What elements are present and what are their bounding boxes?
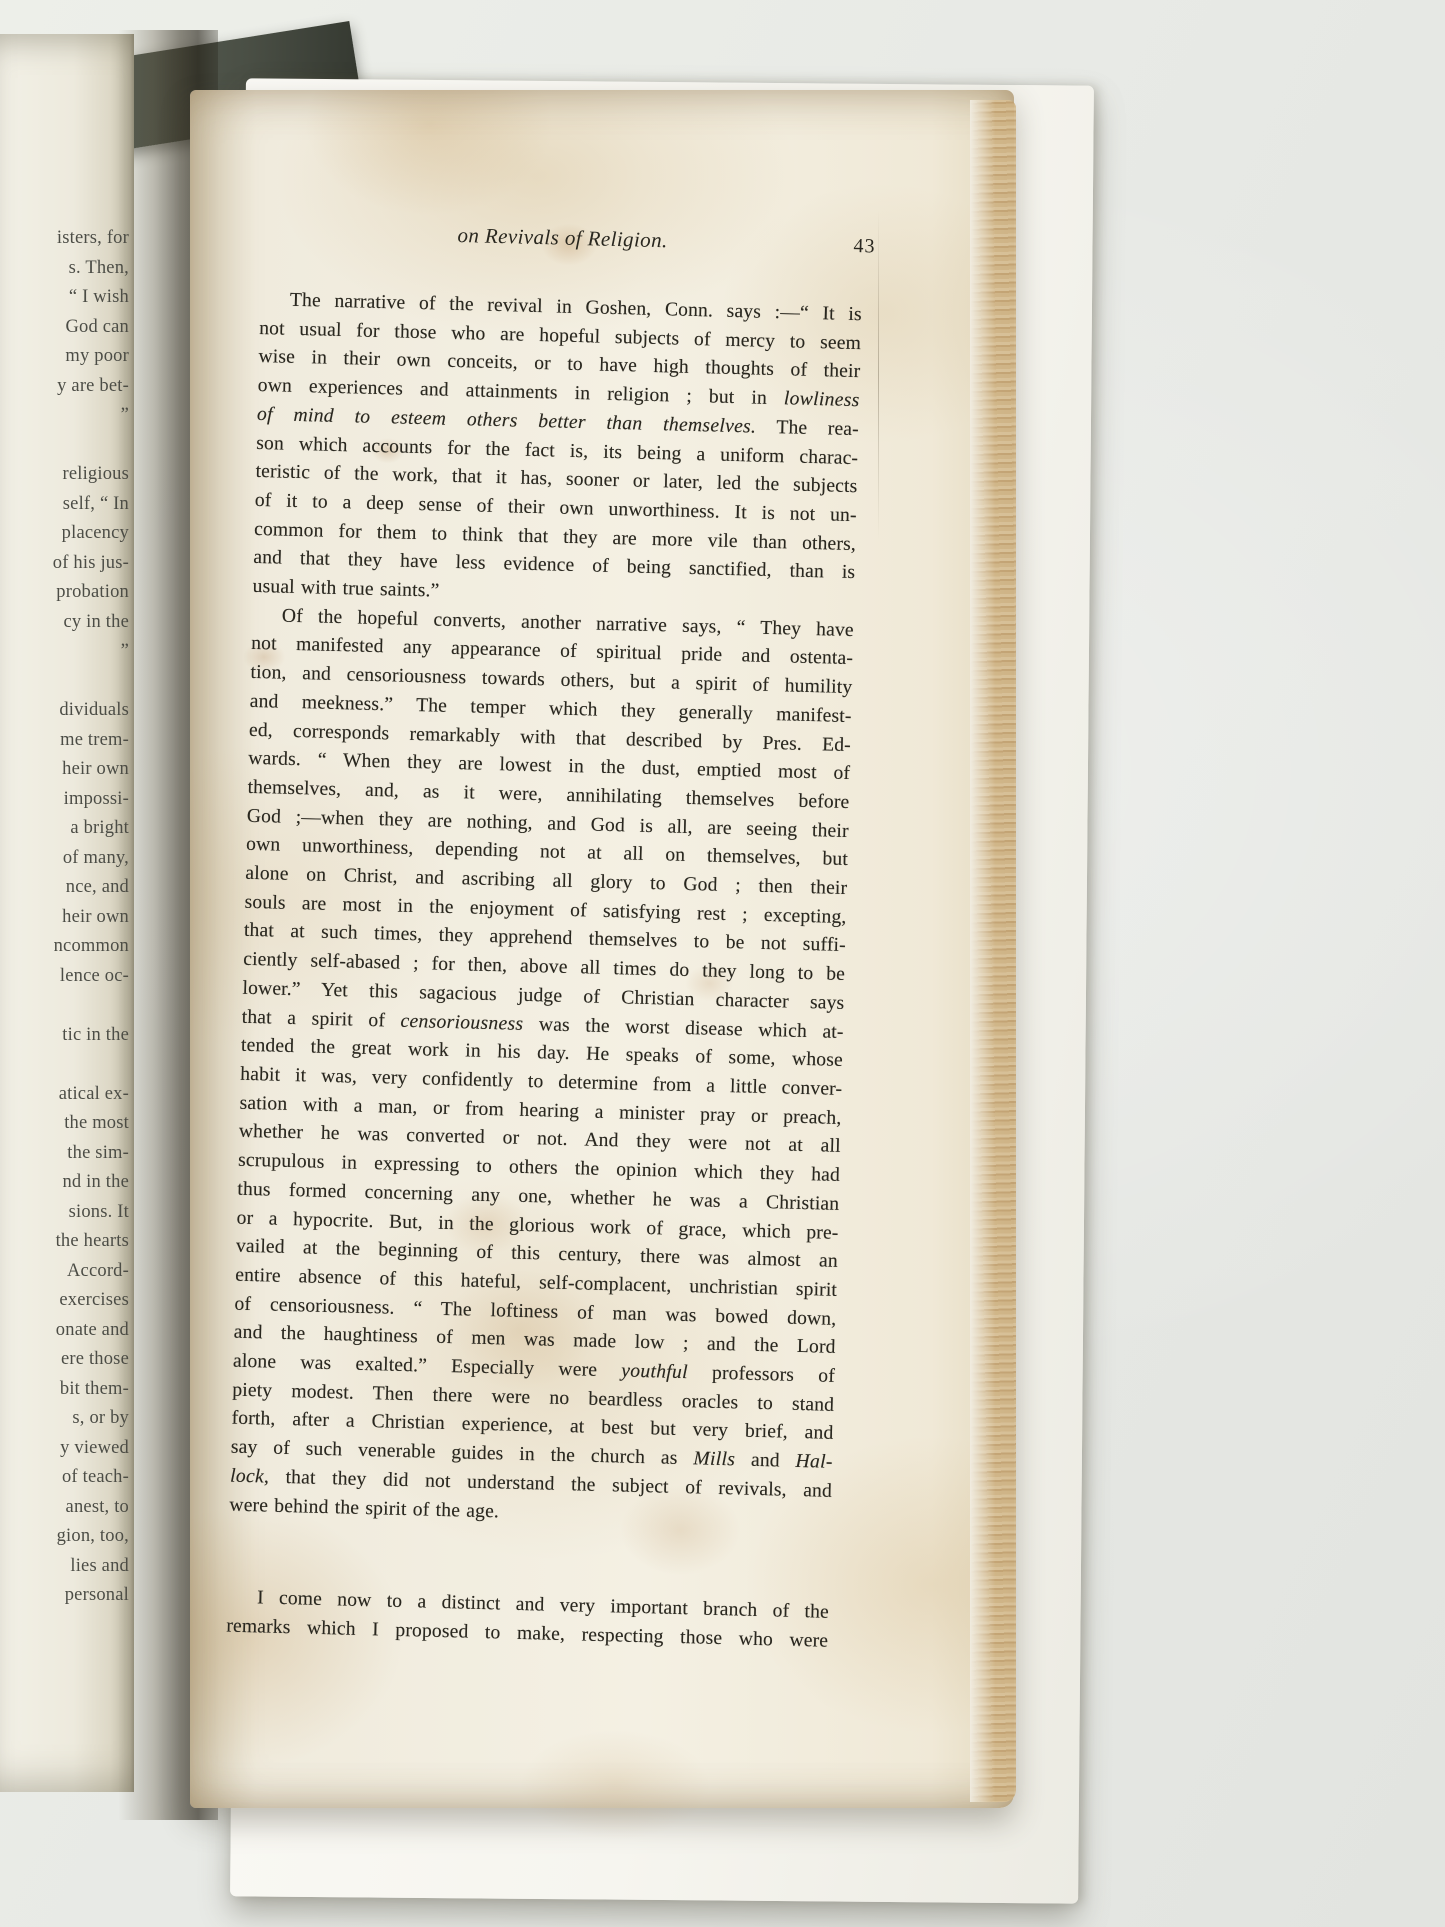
left-page-text-line [0, 431, 129, 461]
book-page: on Revivals of Religion. 43 The narrativ… [190, 90, 1014, 1808]
page-content: on Revivals of Religion. 43 The narrativ… [226, 218, 864, 1656]
header-title: on Revivals of Religion. [261, 218, 863, 258]
left-page-text-line: dividuals [0, 696, 129, 726]
paragraph: The narrative of the revival in Goshen, … [252, 286, 862, 617]
left-page-text-line: personal [0, 1581, 129, 1611]
left-page-text-line: ere those [0, 1345, 129, 1375]
left-page-text-line [0, 991, 129, 1021]
left-page-text-line: exercises [0, 1286, 129, 1316]
page-crease [878, 210, 879, 540]
left-page-text-line: heir own [0, 755, 129, 785]
left-page-text-line: religious [0, 460, 129, 490]
left-page-text-line: self, “ In [0, 490, 129, 520]
left-page-text-line: heir own [0, 903, 129, 933]
left-page-text-line: y are bet- [0, 372, 129, 402]
left-page-text-line: me trem- [0, 726, 129, 756]
left-page-text-line [0, 1050, 129, 1080]
left-page-text-line: of his jus- [0, 549, 129, 579]
left-page-text-line: ” [0, 401, 129, 431]
left-page-text-line: y viewed [0, 1434, 129, 1464]
page-stack-fore-edge [970, 100, 1016, 1802]
left-page-text-line: tic in the [0, 1021, 129, 1051]
left-page-text-line: sions. It [0, 1198, 129, 1228]
left-page-text: isters, fors. Then,“ I wishGod canmy poo… [0, 224, 129, 1611]
left-page-text-line: lies and [0, 1552, 129, 1582]
left-page-text-line: gion, too, [0, 1522, 129, 1552]
left-page-text-line: Accord- [0, 1257, 129, 1287]
left-page-text-line: anest, to [0, 1493, 129, 1523]
left-page-text-line: bit them- [0, 1375, 129, 1405]
left-page-text-line: of teach- [0, 1463, 129, 1493]
left-page-text-line: a bright [0, 814, 129, 844]
left-page-text-line: nce, and [0, 873, 129, 903]
left-page-text-line: s. Then, [0, 254, 129, 284]
left-page-text-line: cy in the [0, 608, 129, 638]
left-page-text-line: impossi- [0, 785, 129, 815]
left-page-text-line: the sim- [0, 1139, 129, 1169]
left-page-text-line: the most [0, 1109, 129, 1139]
left-page-text-line: ncommon [0, 932, 129, 962]
book-photo: isters, fors. Then,“ I wishGod canmy poo… [0, 0, 1445, 1927]
left-page-text-line: placency [0, 519, 129, 549]
left-page-text-line: isters, for [0, 224, 129, 254]
left-page-text-line: s, or by [0, 1404, 129, 1434]
left-page-text-line: of many, [0, 844, 129, 874]
left-page-text-line: atical ex- [0, 1080, 129, 1110]
left-page-text-line: lence oc- [0, 962, 129, 992]
left-page-text-line: onate and [0, 1316, 129, 1346]
left-page-text-line: “ I wish [0, 283, 129, 313]
page-number: 43 [853, 235, 876, 259]
body-text: The narrative of the revival in Goshen, … [226, 286, 862, 1656]
running-header: on Revivals of Religion. 43 [261, 218, 864, 263]
left-page-text-line: God can [0, 313, 129, 343]
paragraph: I come now to a distinct and very import… [226, 1584, 829, 1657]
left-page-text-line: nd in the [0, 1168, 129, 1198]
left-page-text-line: probation [0, 578, 129, 608]
left-page-sliver: isters, fors. Then,“ I wishGod canmy poo… [0, 34, 134, 1792]
left-page-text-line: my poor [0, 342, 129, 372]
left-page-text-line: ” [0, 637, 129, 667]
left-page-text-line: the hearts [0, 1227, 129, 1257]
paragraph: Of the hopeful converts, another narrati… [229, 602, 854, 1535]
left-page-text-line [0, 667, 129, 697]
